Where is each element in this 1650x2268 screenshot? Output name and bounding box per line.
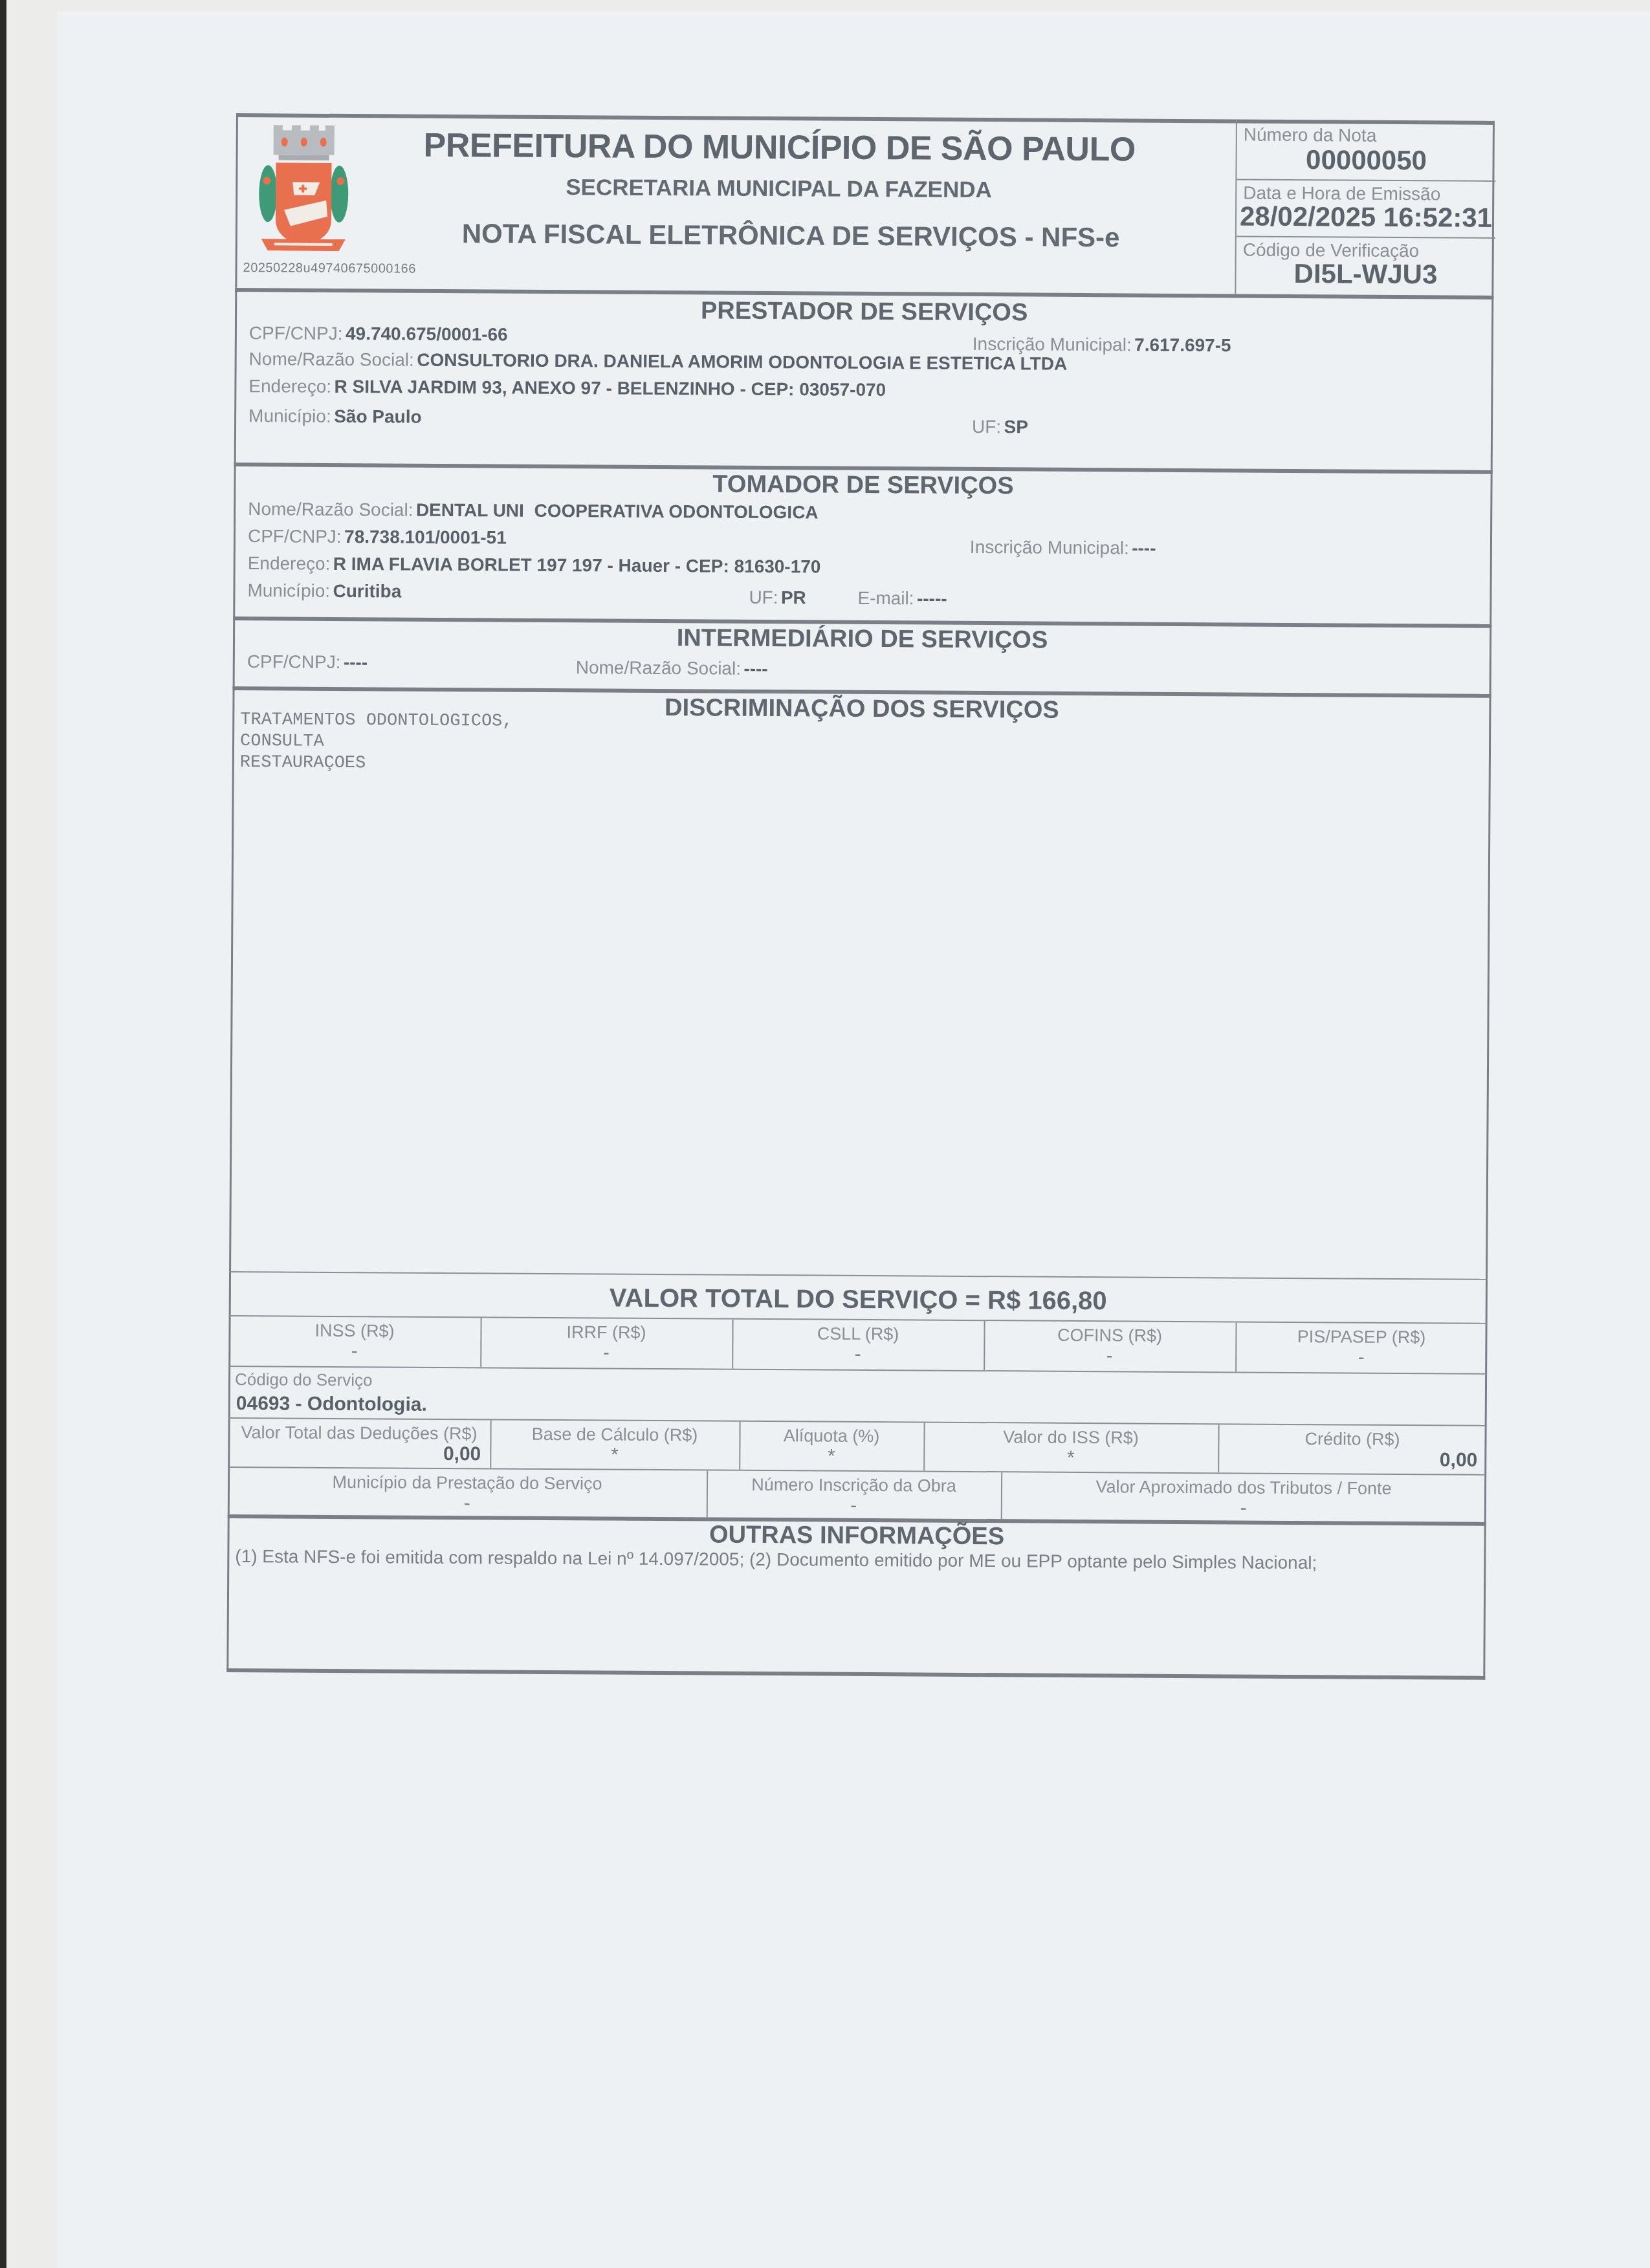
tomador-endereco: Endereço: R IMA FLAVIA BORLET 197 197 - … <box>248 553 821 577</box>
prestador-uf-label: UF: <box>972 417 1001 437</box>
tomador-uf: UF: PR <box>749 587 806 609</box>
retencoes-label: IRRF (R$) <box>480 1322 732 1343</box>
calculo-value: 0,00 <box>1218 1448 1477 1471</box>
prestador-nome-value: CONSULTORIO DRA. DANIELA AMORIM ODONTOLO… <box>417 350 1067 374</box>
tomador-inscricao-label: Inscrição Municipal: <box>970 537 1129 558</box>
tomador-inscricao-value: ---- <box>1132 538 1156 558</box>
calculo-value: * <box>923 1446 1218 1470</box>
intermediario-nome: Nome/Razão Social: ---- <box>576 657 768 679</box>
extras-value: - <box>707 1494 1001 1518</box>
prestador-cnpj-label: CPF/CNPJ: <box>249 323 343 343</box>
prestador-municipio: Município: São Paulo <box>248 406 422 428</box>
barcode-text: 20250228u49740675000166 <box>243 261 415 277</box>
calculo-label: Base de Cálculo (R$) <box>490 1424 739 1445</box>
intermediario-nome-label: Nome/Razão Social: <box>576 657 741 679</box>
tomador-municipio: Município: Curitiba <box>247 580 401 602</box>
tomador-email-value: ----- <box>917 588 947 608</box>
tomador-email-label: E-mail: <box>857 588 914 609</box>
header-title-secretaria: SECRETARIA MUNICIPAL DA FAZENDA <box>566 175 992 203</box>
extras-value: - <box>228 1491 707 1516</box>
tomador-municipio-label: Município: <box>247 580 330 601</box>
calculo-value: * <box>739 1445 923 1468</box>
prestador-endereco-value: R SILVA JARDIM 93, ANEXO 97 - BELENZINHO… <box>334 376 886 400</box>
scan-edge <box>0 0 6 2268</box>
retencoes-value: - <box>228 1340 480 1363</box>
retencoes-label: PIS/PASEP (R$) <box>1235 1326 1487 1347</box>
calculo-value: 0,00 <box>228 1442 481 1465</box>
sao-paulo-coat-of-arms-icon <box>255 122 353 259</box>
emissao-value: 28/02/2025 16:52:31 <box>1237 201 1495 233</box>
extras-label: Número Inscrição da Obra <box>707 1474 1001 1496</box>
tomador-nome: Nome/Razão Social: DENTAL UNI COOPERATIV… <box>248 499 819 523</box>
tomador-inscricao: Inscrição Municipal: ---- <box>970 537 1156 559</box>
intermediario-cnpj-value: ---- <box>344 652 368 672</box>
intermediario-nome-value: ---- <box>743 659 767 679</box>
codigo-servico-label: Código do Serviço <box>235 1369 373 1390</box>
calculo-label: Valor do ISS (R$) <box>923 1427 1218 1449</box>
retencoes-label: CSLL (R$) <box>732 1324 984 1345</box>
retencoes-label: COFINS (R$) <box>984 1325 1235 1346</box>
tomador-cnpj-value: 78.738.101/0001-51 <box>344 527 507 548</box>
prestador-municipio-label: Município: <box>248 406 331 426</box>
note-meta-box: Número da Nota 00000050 Data e Hora de E… <box>1235 119 1496 295</box>
tomador-email: E-mail: ----- <box>857 588 947 609</box>
meta-divider <box>1237 235 1495 238</box>
calculo-label: Alíquota (%) <box>739 1426 923 1447</box>
prestador-cnpj: CPF/CNPJ: 49.740.675/0001-66 <box>249 323 508 345</box>
prestador-endereco: Endereço: R SILVA JARDIM 93, ANEXO 97 - … <box>248 376 886 400</box>
retencoes-value: - <box>1235 1346 1487 1369</box>
tomador-nome-value: DENTAL UNI COOPERATIVA ODONTOLOGICA <box>416 500 819 523</box>
prestador-inscricao: Inscrição Municipal: 7.617.697-5 <box>973 334 1231 356</box>
header-title-nfse: NOTA FISCAL ELETRÔNICA DE SERVIÇOS - NFS… <box>462 218 1120 253</box>
nfse-document: PREFEITURA DO MUNICÍPIO DE SÃO PAULO SEC… <box>226 113 1495 1680</box>
meta-divider <box>1237 179 1495 181</box>
tomador-municipio-value: Curitiba <box>333 581 401 602</box>
numero-value: 00000050 <box>1237 144 1495 176</box>
retencoes-value: - <box>732 1343 984 1366</box>
prestador-nome-label: Nome/Razão Social: <box>249 349 414 370</box>
codigo-servico-value: 04693 - Odontologia. <box>236 1393 427 1416</box>
extras-value: - <box>1001 1496 1486 1521</box>
prestador-uf: UF: SP <box>972 417 1028 438</box>
tomador-uf-value: PR <box>781 587 806 607</box>
tomador-uf-label: UF: <box>749 587 778 607</box>
calculo-label: Valor Total das Deduções (R$) <box>228 1423 490 1444</box>
header-title-prefeitura: PREFEITURA DO MUNICÍPIO DE SÃO PAULO <box>424 126 1136 169</box>
tomador-cnpj: CPF/CNPJ: 78.738.101/0001-51 <box>248 526 507 548</box>
tomador-endereco-value: R IMA FLAVIA BORLET 197 197 - Hauer - CE… <box>333 554 821 577</box>
prestador-inscricao-value: 7.617.697-5 <box>1134 334 1231 355</box>
tomador-nome-label: Nome/Razão Social: <box>248 499 413 520</box>
intermediario-cnpj: CPF/CNPJ: ---- <box>247 651 368 673</box>
prestador-inscricao-label: Inscrição Municipal: <box>973 334 1132 355</box>
tomador-endereco-label: Endereço: <box>248 553 331 574</box>
calculo-label: Crédito (R$) <box>1218 1428 1486 1450</box>
discriminacao-text: TRATAMENTOS ODONTOLOGICOS, CONSULTA REST… <box>240 710 513 776</box>
calculo-value: * <box>490 1443 739 1467</box>
retencoes-label: INSS (R$) <box>228 1320 480 1342</box>
prestador-uf-value: SP <box>1004 417 1029 437</box>
verificacao-value: DI5L-WJU3 <box>1236 257 1495 290</box>
tomador-cnpj-label: CPF/CNPJ: <box>248 526 342 547</box>
intermediario-cnpj-label: CPF/CNPJ: <box>247 651 341 672</box>
prestador-municipio-value: São Paulo <box>334 406 422 427</box>
prestador-cnpj-value: 49.740.675/0001-66 <box>346 323 508 345</box>
prestador-endereco-label: Endereço: <box>248 376 331 397</box>
retencoes-value: - <box>480 1341 732 1364</box>
retencoes-value: - <box>984 1344 1235 1368</box>
numero-label: Número da Nota <box>1244 125 1377 146</box>
